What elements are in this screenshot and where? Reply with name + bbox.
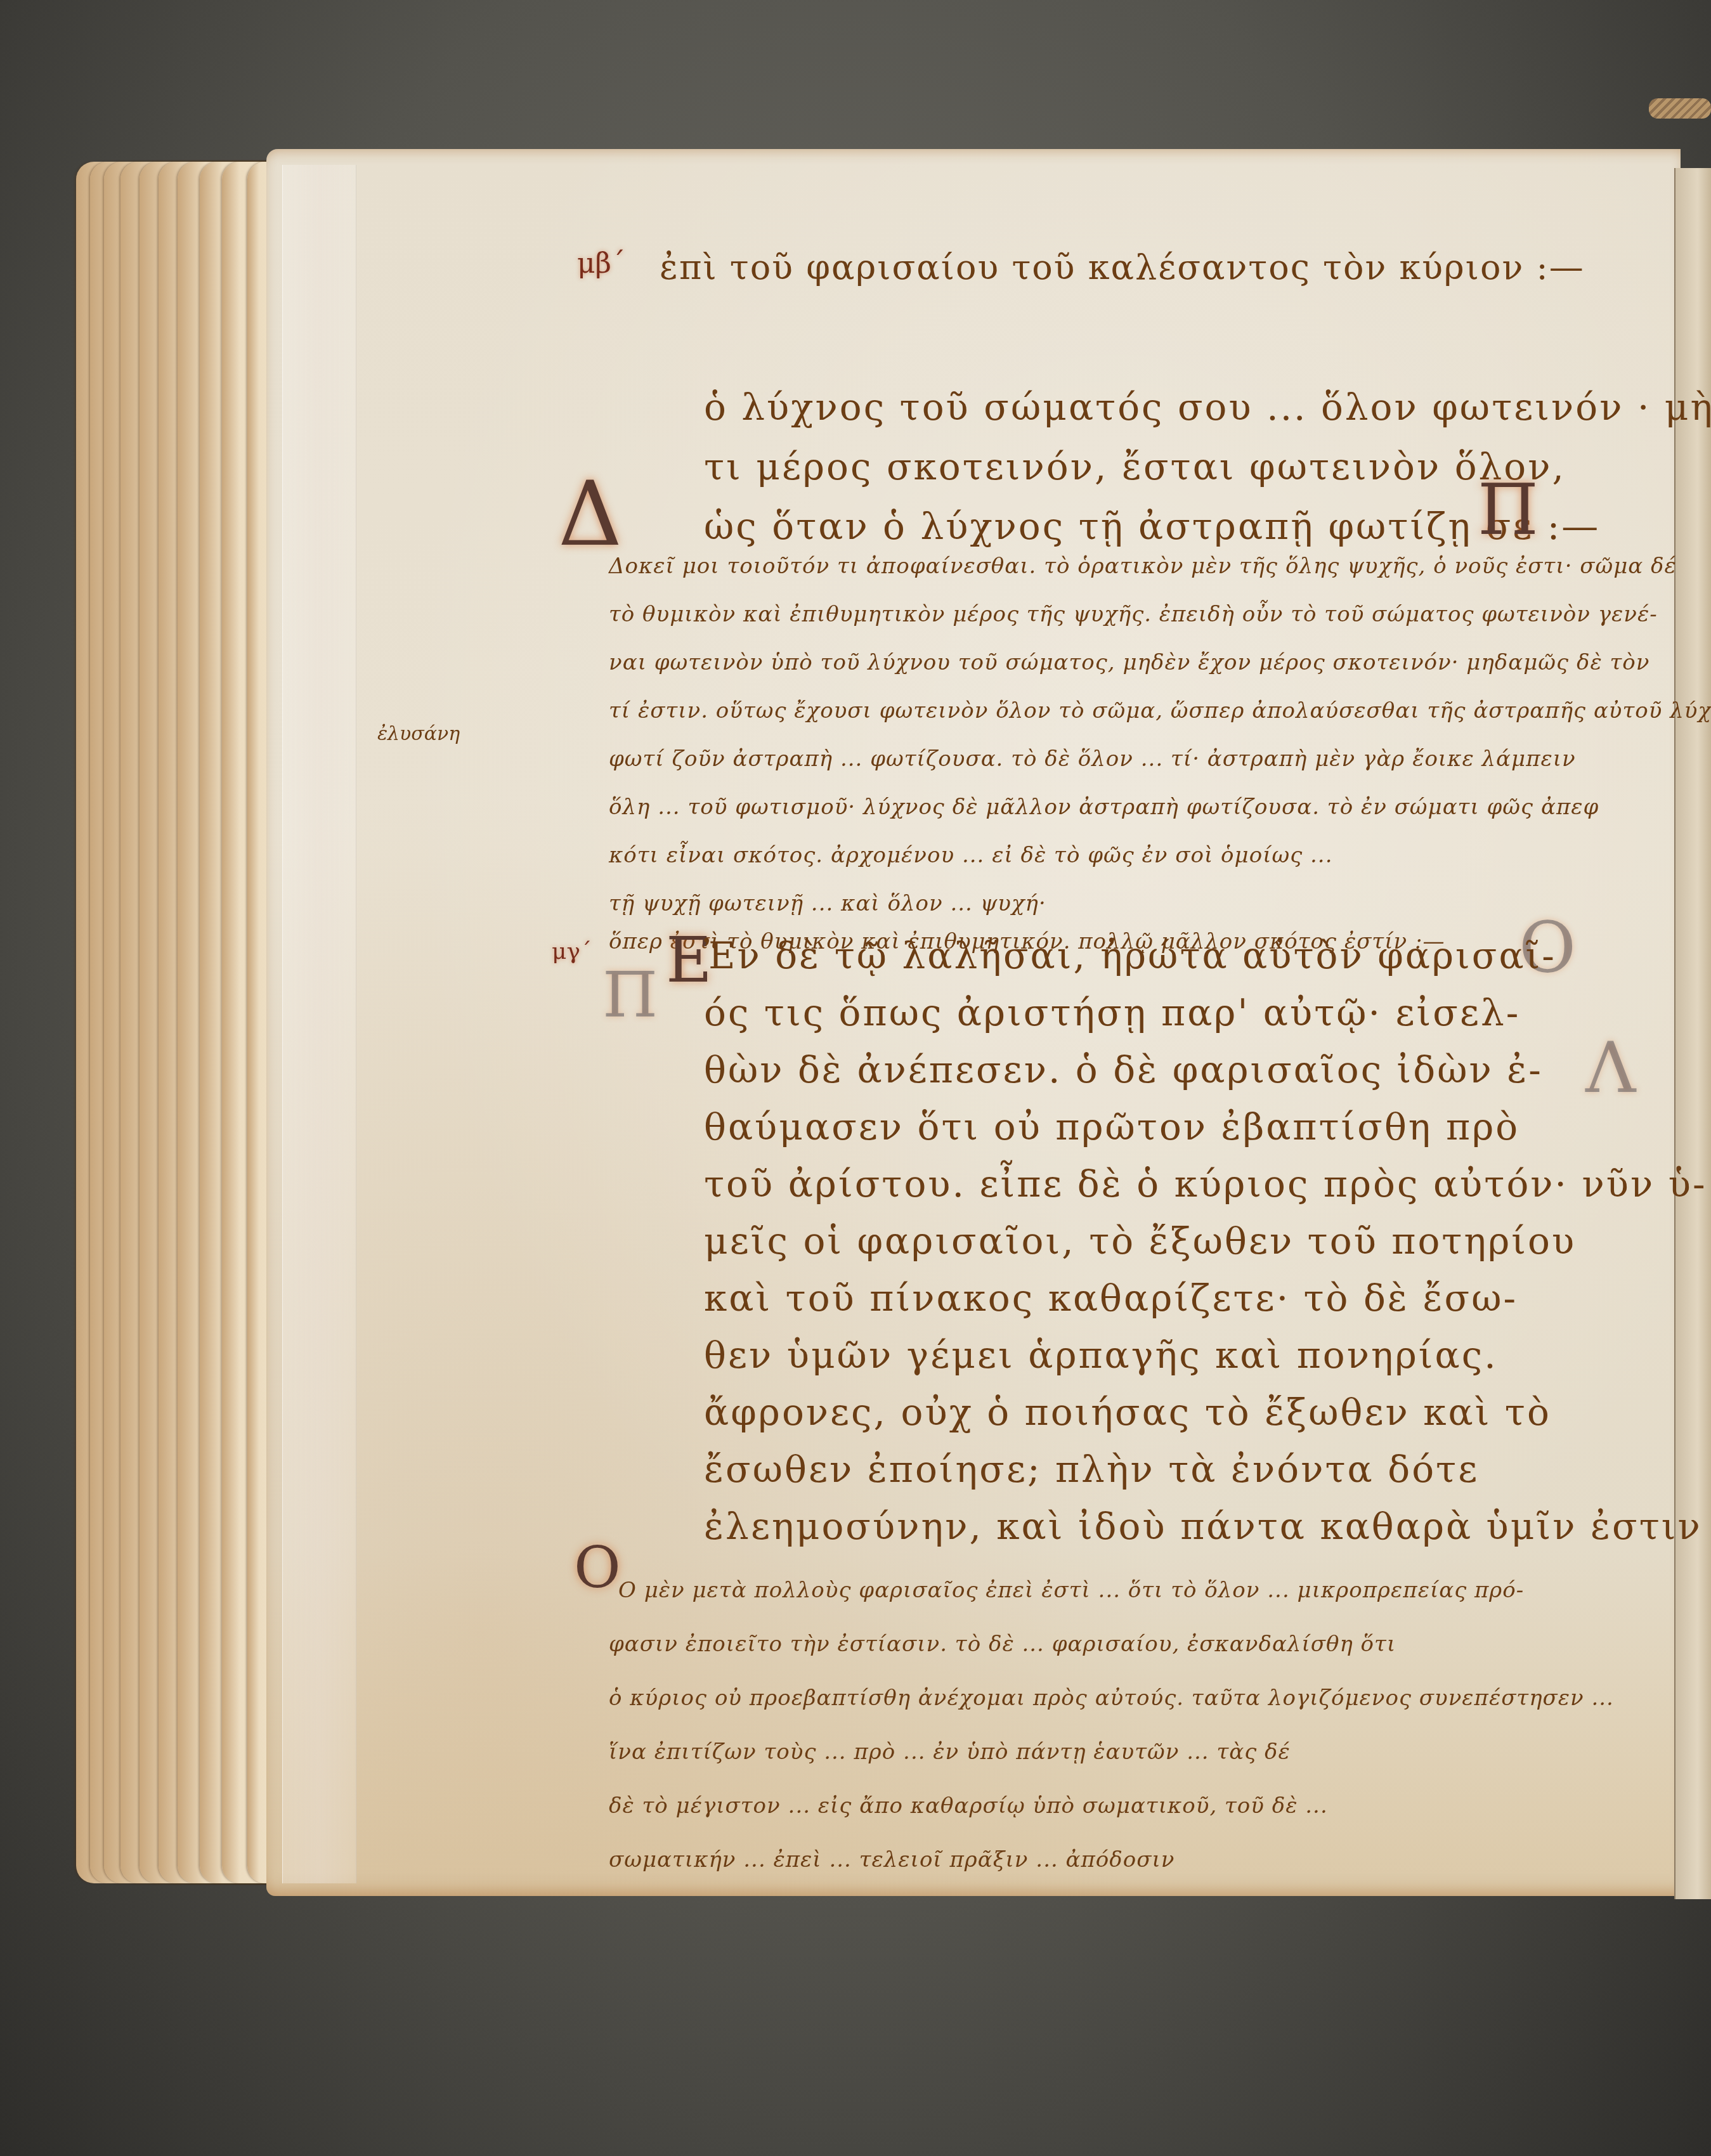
commentary-line: σωματικήν ... ἐπεὶ ... τελειοῖ πρᾶξιν ..… xyxy=(609,1836,1604,1884)
commentary-line: ἵνα ἐπιτίζων τοὺς ... πρὸ ... ἐν ὑπὸ πάν… xyxy=(609,1728,1604,1776)
commentary-line: τὸ θυμικὸν καὶ ἐπιθυμητικὸν μέρος τῆς ψυ… xyxy=(609,590,1604,639)
lemma-line: τοῦ ἀρίστου. εἶπε δὲ ὁ κύριος πρὸς αὐτόν… xyxy=(704,1154,1402,1214)
section-number-2: μγ΄ xyxy=(552,938,592,964)
commentary-line: φωτί ζοῦν ἀστραπὴ ... φωτίζουσα. τὸ δὲ ὅ… xyxy=(609,735,1604,783)
commentary-line: κότι εἶναι σκότος. ἀρχομένου ... εἰ δὲ τ… xyxy=(609,831,1604,880)
initial-omicron: Ο xyxy=(574,1535,621,1601)
ghost-initial-lambda: Λ xyxy=(1585,1027,1636,1108)
lemma-line: θὼν δὲ ἀνέπεσεν. ὁ δὲ φαρισαῖος ἰδὼν ἐ- xyxy=(704,1040,1402,1100)
commentary-line: ὅλη ... τοῦ φωτισμοῦ· λύχνος δὲ μᾶλλον ἀ… xyxy=(609,783,1604,831)
commentary-line: τί ἐστιν. οὕτως ἔχουσι φωτεινὸν ὅλον τὸ … xyxy=(609,687,1604,735)
commentary-line: Ο μὲν μετὰ πολλοὺς φαρισαῖος ἐπεὶ ἐστὶ .… xyxy=(618,1566,1614,1614)
commentary-line: Δοκεῖ μοι τοιοῦτόν τι ἀποφαίνεσθαι. τὸ ὁ… xyxy=(609,542,1604,590)
lemma-line: ἄφρονες, οὐχ ὁ ποιήσας τὸ ἔξωθεν καὶ τὸ xyxy=(704,1382,1402,1442)
page-edges-stack xyxy=(76,162,292,1883)
ghost-initial-pi: Π xyxy=(602,958,658,1032)
lemma-line: καὶ τοῦ πίνακος καθαρίζετε· τὸ δὲ ἔσω- xyxy=(704,1268,1402,1328)
section-title: ἐπὶ τοῦ φαρισαίου τοῦ καλέσαντος τὸν κύρ… xyxy=(660,247,1433,287)
lemma-line: τι μέρος σκοτεινόν, ἔσται φωτεινὸν ὅλον, xyxy=(704,437,1402,497)
lemma-line: ὁ λύχνος τοῦ σώματός σου ... ὅλον φωτειν… xyxy=(704,377,1402,437)
commentary-line: ὁ κύριος οὐ προεβαπτίσθη ἀνέχομαι πρὸς α… xyxy=(609,1674,1604,1722)
margin-gloss: ἐλυσάνη xyxy=(377,723,460,745)
initial-pi-right: Π xyxy=(1478,469,1539,550)
lemma-line: μεῖς οἱ φαρισαῖοι, τὸ ἔξωθεν τοῦ ποτηρίο… xyxy=(704,1211,1402,1271)
lemma-line: θαύμασεν ὅτι οὐ πρῶτον ἐβαπτίσθη πρὸ xyxy=(704,1097,1402,1157)
binding-thread xyxy=(1649,98,1711,119)
section-number: μβ΄ xyxy=(577,247,625,280)
lemma-line: ός τις ὅπως ἀριστήσῃ παρ' αὐτῷ· εἰσελ- xyxy=(704,983,1402,1042)
commentary-line: δὲ τὸ μέγιστον ... εἰς ἄπο καθαρσίῳ ὑπὸ … xyxy=(609,1782,1604,1830)
manuscript-photo: μβ΄ ἐπὶ τοῦ φαρισαίου τοῦ καλέσαντος τὸν… xyxy=(0,0,1711,2156)
lemma-line: ἔσωθεν ἐποίησε; πλὴν τὰ ἐνόντα δότε xyxy=(704,1439,1402,1499)
commentary-line: φασιν ἐποιεῖτο τὴν ἐστίασιν. τὸ δὲ ... φ… xyxy=(609,1620,1604,1668)
lemma-line: Ἐν δὲ τῷ λαλῆσαι, ἠρώτα αὐτὸν φαρισαῖ- xyxy=(704,926,1402,985)
repair-tape-strip xyxy=(282,165,356,1883)
lemma-line: θεν ὑμῶν γέμει ἁρπαγῆς καὶ πονηρίας. xyxy=(704,1325,1402,1385)
commentary-line: ναι φωτεινὸν ὑπὸ τοῦ λύχνου τοῦ σώματος,… xyxy=(609,639,1604,687)
lemma-line: ἐλεημοσύνην, καὶ ἰδοὺ πάντα καθαρὰ ὑμῖν … xyxy=(704,1497,1402,1556)
